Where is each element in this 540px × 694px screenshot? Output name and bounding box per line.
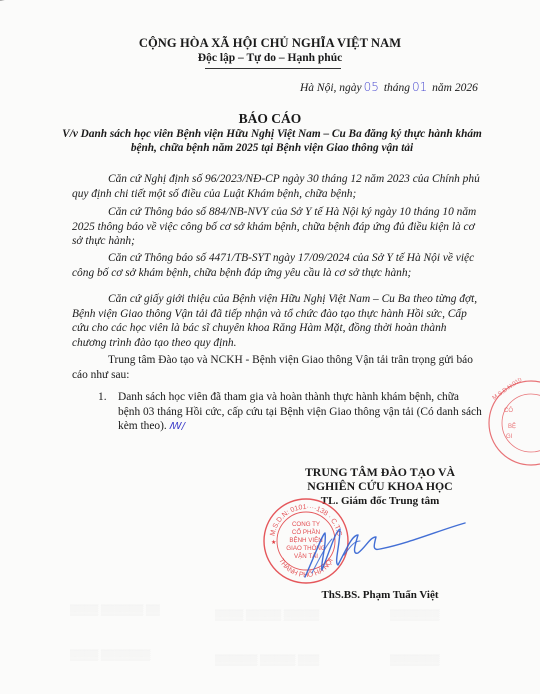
dateline-year: năm 2026 xyxy=(432,82,478,94)
dateline-month-label: tháng xyxy=(384,82,410,94)
bleed-through-text: ▒▒▒▒ ▒▒▒▒▒▒ ▒▒ xyxy=(70,605,160,616)
bleed-through-text: ▒▒▒▒▒▒ ▒▒▒▒▒ ▒▒▒ xyxy=(215,655,319,666)
legal-basis-3: Căn cứ Thông báo số 4471/TB-SYT ngày 17/… xyxy=(72,251,482,280)
signature-org: TRUNG TÂM ĐÀO TẠO VÀ NGHIÊN CỨU KHOA HỌC xyxy=(260,465,500,493)
list-number: 1. xyxy=(98,390,118,435)
dateline-day: 05 xyxy=(362,80,381,94)
svg-text:GI: GI xyxy=(506,434,513,440)
bleed-through-text: ▒▒▒▒▒▒▒ xyxy=(390,655,440,666)
partial-edge-stamp: CÔ BỆ GI M.S.D.N:010 xyxy=(486,378,540,468)
svg-text:M.S.D.N:010: M.S.D.N:010 xyxy=(492,378,524,402)
handwritten-signature xyxy=(300,515,470,585)
list-text: Danh sách học viên đã tham gia và hoàn t… xyxy=(118,390,483,435)
document-page: ▒▒▒▒ ▒▒▒▒▒▒ ▒▒ ▒▒▒▒ ▒▒▒▒▒ ▒▒▒▒▒ ▒▒▒▒▒▒▒ … xyxy=(0,0,540,694)
org-line-2: NGHIÊN CỨU KHOA HỌC xyxy=(260,479,500,493)
dateline: Hà Nội, ngày05 tháng01 năm 2026 xyxy=(300,80,478,94)
org-line-1: TRUNG TÂM ĐÀO TẠO VÀ xyxy=(260,465,500,479)
motto-underline xyxy=(205,68,341,69)
list-item: 1. Danh sách học viên đã tham gia và hoà… xyxy=(98,390,483,435)
signer-name: ThS.BS. Phạm Tuấn Việt xyxy=(260,589,500,601)
svg-text:★: ★ xyxy=(271,539,276,546)
legal-basis-1: Căn cứ Nghị định số 96/2023/NĐ-CP ngày 3… xyxy=(72,172,482,201)
national-motto: Độc lập – Tự do – Hạnh phúc xyxy=(0,52,540,64)
legal-basis-4: Căn cứ giấy giới thiệu của Bệnh viện Hữu… xyxy=(72,292,482,350)
report-subject: V/v Danh sách học viên Bệnh viện Hữu Ngh… xyxy=(62,127,482,155)
handwritten-initials: ꟿ/ xyxy=(170,421,185,432)
bleed-through-text: ▒▒▒▒ ▒▒▒▒▒▒▒ xyxy=(70,650,150,661)
svg-text:BỆ: BỆ xyxy=(508,422,516,430)
dateline-place: Hà Nội, ngày xyxy=(300,82,362,94)
national-name: CỘNG HÒA XÃ HỘI CHỦ NGHĨA VIỆT NAM xyxy=(0,36,540,51)
bleed-through-text: ▒▒▒▒ ▒▒▒▒▒ ▒▒▒▒▒ xyxy=(215,610,319,621)
svg-text:CÔ: CÔ xyxy=(504,407,513,414)
page-corner-fold xyxy=(0,0,23,9)
report-intro: Trung tâm Đào tạo và NCKH - Bệnh viện Gi… xyxy=(72,353,482,382)
legal-basis-2: Căn cứ Thông báo số 884/NB-NVY của Sở Y … xyxy=(72,205,482,249)
report-title: BÁO CÁO xyxy=(0,111,540,127)
bleed-through-text: ▒▒▒▒▒▒▒ xyxy=(390,610,440,621)
dateline-month: 01 xyxy=(410,80,429,94)
